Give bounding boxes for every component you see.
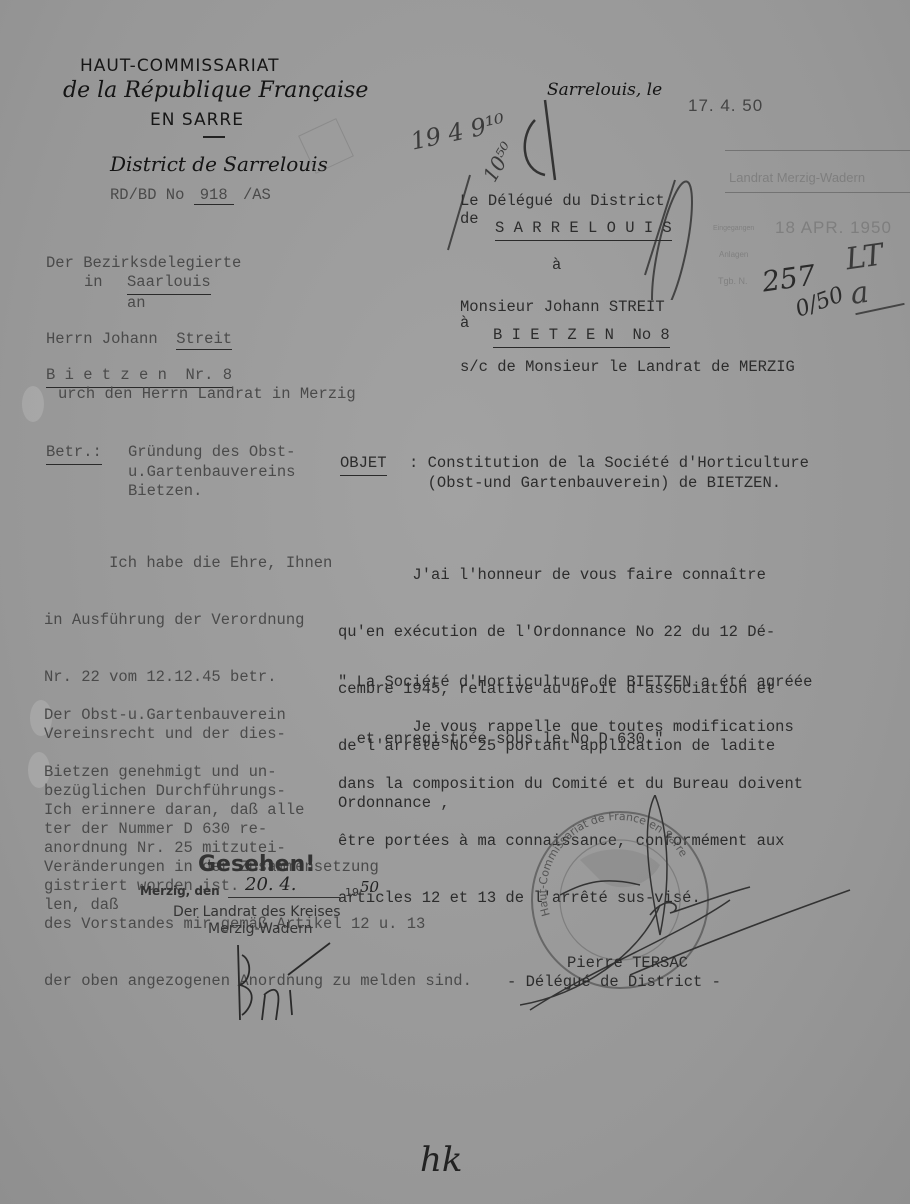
- district-name: District de Sarrelouis: [110, 152, 328, 176]
- fr-to: à: [552, 256, 561, 276]
- fr-recipient-a: à: [460, 314, 469, 334]
- fr-via: s/c de Monsieur le Landrat de MERZIG: [460, 358, 795, 378]
- de-sender-in: in: [84, 273, 103, 293]
- gesehen-year: 50: [360, 878, 379, 896]
- journal-number-label: Tgb. N.: [718, 276, 748, 286]
- attachments-label: Anlagen: [719, 250, 748, 259]
- fr-reminder-line: Je vous rappelle que toutes modification…: [338, 718, 803, 737]
- de-subject-line: Gründung des Obst-: [128, 443, 295, 463]
- punch-hole: [22, 386, 44, 422]
- de-via: urch den Herrn Landrat in Merzig: [58, 385, 356, 405]
- fr-sender: Le Délégué du District: [460, 192, 665, 212]
- de-quote-line: Der Obst-u.Gartenbauverein: [44, 706, 286, 725]
- fr-body-line: J'ai l'honneur de vous faire connaître: [338, 566, 775, 585]
- de-reminder-line: Ich erinnere daran, daß alle: [44, 801, 472, 820]
- de-subject-line: Bietzen.: [128, 482, 295, 502]
- de-subject-line: u.Gartenbauvereins: [128, 463, 295, 483]
- ref-suffix: /AS: [243, 186, 271, 204]
- pencil-corner-note: LT a: [843, 234, 910, 312]
- received-date: 18 APR. 1950: [775, 218, 892, 238]
- de-subject: Gründung des Obst-u.GartenbauvereinsBiet…: [128, 443, 295, 502]
- de-body-line: Ich habe die Ehre, Ihnen: [44, 554, 332, 573]
- ref-number: 918: [194, 186, 234, 205]
- de-body-line: in Ausführung der Verordnung: [44, 611, 332, 630]
- gesehen-place: Merzig, den: [140, 884, 220, 898]
- fr-recipient: Monsieur Johann STREIT: [460, 298, 665, 318]
- signatory-title: - Délégué de District -: [507, 973, 721, 993]
- fr-subject-line: (Obst-und Gartenbauverein) de BIETZEN.: [409, 474, 809, 494]
- letterhead-divider: [203, 136, 225, 138]
- bottom-pencil-initials: hk: [420, 1140, 463, 1180]
- landrat-signature: [230, 935, 340, 1025]
- reference-number: RD/BD No 918 /AS: [110, 186, 271, 206]
- letterhead-line1: HAUT-COMMISSARIAT: [80, 56, 279, 76]
- de-sender: Der Bezirksdelegierte: [46, 254, 241, 274]
- de-subject-label: Betr.:: [46, 443, 102, 465]
- fr-subject: : Constitution de la Société d'Horticult…: [409, 454, 809, 493]
- gesehen-date-line: [228, 897, 340, 898]
- de-recipient: Herrn Johann Streit: [46, 330, 232, 350]
- fr-sender-de: de: [460, 210, 479, 230]
- ref-prefix: RD/BD No: [110, 186, 184, 204]
- received-label: Eingegangen: [713, 225, 754, 232]
- fr-subject-line: : Constitution de la Société d'Horticult…: [409, 454, 809, 474]
- gesehen-date: 20. 4.: [245, 874, 297, 895]
- de-sender-an: an: [127, 294, 146, 314]
- received-stamp-office: Landrat Merzig-Wadern: [729, 170, 865, 185]
- fr-address: B I E T Z E N No 8: [493, 326, 670, 348]
- fr-sender-city: S A R R E L O U I S: [495, 219, 672, 241]
- signatory-name: Pierre TERSAC: [567, 954, 688, 974]
- gesehen-line1: Der Landrat des Kreises: [173, 904, 341, 920]
- letterhead-line3: EN SARRE: [150, 110, 244, 130]
- de-recipient-prefix: Herrn Johann: [46, 330, 158, 348]
- de-recipient-name: Streit: [176, 330, 232, 350]
- pencil-strokes: [440, 80, 700, 300]
- letterhead-line2: de la République Française: [63, 78, 368, 103]
- de-sender-city: Saarlouis: [127, 273, 211, 295]
- fr-subject-label: OBJET: [340, 454, 387, 476]
- gesehen-year-prefix: 19: [345, 886, 359, 899]
